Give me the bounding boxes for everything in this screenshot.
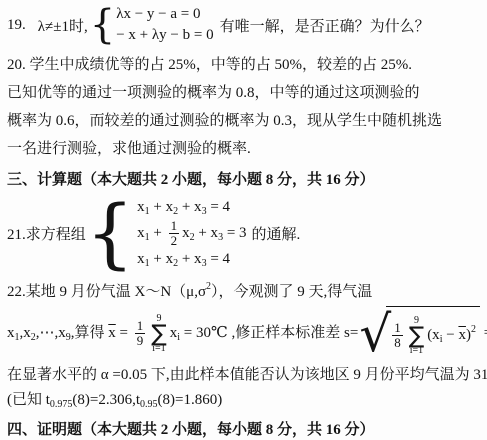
problem-19: 19. λ≠±1时, { λx − y − a = 0 − x + λy − b… — [7, 3, 483, 47]
sum-lower-limit: i=1 — [409, 346, 425, 356]
numerator: 1 — [392, 321, 403, 335]
equals-sign: = — [116, 325, 132, 341]
problem-21: 21.求方程组 { x1 + x2 + x3 = 4 x1 + 12x2 + x… — [7, 194, 483, 272]
sigma-icon: ∑ — [409, 326, 425, 346]
denominator: 9 — [135, 333, 146, 348]
math-text: = 4 — [207, 199, 230, 215]
problem-20-line-2: 已知优等的通过一项测验的概率为 0.8，中等的通过这项测验的 — [7, 79, 483, 107]
section-4-heading: 四、证明题（本大题共 2 小题，每小题 8 分，共 16 分） — [7, 418, 483, 440]
problem-21-label: 21.求方程组 — [7, 223, 86, 244]
exam-document-page: 19. λ≠±1时, { λx − y − a = 0 − x + λy − b… — [0, 0, 487, 440]
math-text: (8)=1.860) — [158, 392, 223, 408]
denominator: 2 — [169, 233, 180, 248]
math-text: x — [7, 325, 15, 341]
equation-2: x1 + 12x2 + x3 = 3 — [137, 219, 246, 248]
math-text: + x — [195, 224, 218, 240]
subscript: 0.95 — [140, 399, 158, 410]
square-root-content: 189∑i=1(xi − x)2 — [386, 306, 480, 361]
summation-symbol: 9∑i=1 — [151, 314, 167, 354]
math-text: (8)=2.306,t — [72, 392, 140, 408]
math-text: = 3 — [223, 224, 246, 240]
problem-22-line-3: 在显著水平的 α =0.05 下,由此样本值能否认为该地区 9 月份平均气温为 … — [7, 363, 483, 387]
equation-3: x1 + x2 + x3 = 4 — [137, 248, 230, 271]
math-text: (x — [427, 327, 440, 343]
equation-2: − x + λy − b = 0 — [116, 25, 213, 46]
math-text: (已知 t — [7, 392, 50, 408]
math-text: x — [182, 224, 190, 240]
sigma-icon: ∑ — [151, 324, 167, 344]
problem-19-number: 19. — [7, 17, 26, 34]
math-text: + x — [178, 251, 201, 267]
denominator: 8 — [392, 335, 403, 350]
problem-22-text: ），今观测了 9 天,得气温 — [211, 284, 372, 300]
problem-21-tail: 的通解. — [252, 223, 301, 244]
math-text: = 4 — [207, 251, 230, 267]
math-text: + x — [150, 251, 173, 267]
problem-22-text: 22.某地 9 月份气温 X～N（μ,σ — [7, 284, 206, 300]
problem-19-equation-system: λx − y − a = 0 − x + λy − b = 0 — [116, 4, 213, 46]
superscript: 2 — [471, 324, 476, 335]
equation-1: x1 + x2 + x3 = 4 — [137, 196, 230, 219]
problem-20: 20. 学生中成绩优等的占 25%，中等的占 50%，较差的占 25%. 已知优… — [7, 51, 483, 163]
problem-22-formula-line: x1,x2,⋯,x9,算得 x = 199∑i=1xi = 30℃ ,修正样本标… — [7, 306, 483, 361]
section-3-heading: 三、计算题（本大题共 2 小题，每小题 8 分，共 16 分） — [7, 168, 483, 192]
x-bar: x — [458, 327, 466, 343]
formula-tail: =0.9℃， — [480, 325, 487, 341]
sample-list: x1,x2,⋯,x9,算得 — [7, 325, 108, 341]
sum-lower-limit: i=1 — [151, 344, 167, 354]
math-text: x — [137, 199, 145, 215]
math-text: ,x — [20, 325, 31, 341]
fraction-one-eighth: 18 — [392, 321, 403, 350]
math-text: x — [137, 251, 145, 267]
numerator: 1 — [135, 319, 146, 333]
mid-text: = 30℃ ,修正样本标准差 s= — [180, 325, 358, 341]
subscript: 0.975 — [50, 399, 73, 410]
x-bar: x — [108, 325, 116, 341]
left-brace: { — [90, 3, 115, 47]
math-text: x — [137, 224, 145, 240]
problem-20-line-4: 一名进行测验，求他通过测验的概率. — [7, 135, 483, 163]
math-text: + — [150, 224, 166, 240]
math-text: + x — [178, 199, 201, 215]
problem-20-line-3: 概率为 0.6，而较差的通过测验的概率为 0.3，现从学生中随机挑选 — [7, 107, 483, 135]
math-text: − — [442, 327, 458, 343]
left-brace: { — [86, 194, 134, 272]
problem-20-line-1: 20. 学生中成绩优等的占 25%，中等的占 50%，较差的占 25%. — [7, 51, 483, 79]
summation-symbol: 9∑i=1 — [409, 316, 425, 356]
square-root: √189∑i=1(xi − x)2 — [359, 306, 480, 361]
fraction-one-ninth: 19 — [135, 319, 146, 348]
problem-22-line-1: 22.某地 9 月份气温 X～N（μ,σ2），今观测了 9 天,得气温 — [7, 280, 483, 304]
problem-21-equation-system: x1 + x2 + x3 = 4 x1 + 12x2 + x3 = 3 x1 +… — [137, 196, 246, 271]
math-text: ,⋯,x — [36, 325, 66, 341]
problem-19-question: 有唯一解，是否正确？为什么？ — [220, 15, 430, 36]
numerator: 1 — [169, 219, 180, 233]
fraction-one-half: 12 — [169, 219, 180, 248]
math-text: + x — [150, 199, 173, 215]
math-text: ,算得 — [71, 325, 109, 341]
problem-22-line-4: (已知 t0.975(8)=2.306,t0.95(8)=1.860) — [7, 387, 483, 413]
equation-1: λx − y − a = 0 — [116, 4, 200, 25]
problem-19-condition: λ≠±1时, — [38, 15, 88, 36]
